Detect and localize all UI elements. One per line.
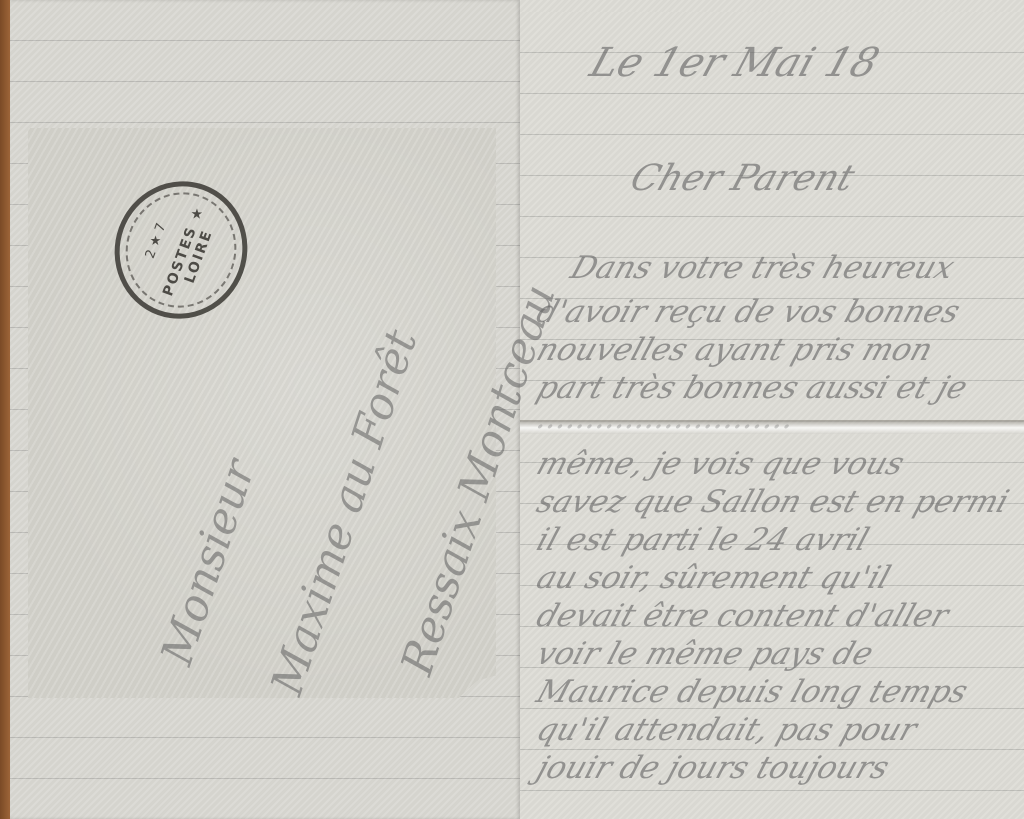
letter-body-line: qu'il attendait, pas pour — [532, 712, 921, 748]
letter-body-line: même, je vois que vous — [532, 446, 909, 482]
letter-date-line: Le 1er Mai 18 — [585, 40, 885, 86]
letter-body-line: d'avoir reçu de vos bonnes — [532, 294, 964, 330]
letter-body-line: Maurice depuis long temps — [532, 674, 972, 710]
letter-body-line: au soir, sûrement qu'il — [532, 560, 895, 596]
letter-salutation: Cher Parent — [625, 158, 859, 199]
letter-body-line: jouir de jours toujours — [532, 750, 893, 786]
letter-body-line: devait être content d'aller — [532, 598, 953, 634]
letter-body-line: nouvelles ayant pris mon — [532, 332, 937, 368]
letter-body-line: Dans votre très heureux — [566, 250, 959, 286]
letter-body-line: .......................... — [532, 400, 800, 436]
letter-body-line: voir le même pays de — [532, 636, 878, 672]
letter-body-line: il est parti le 24 avril — [532, 522, 873, 558]
letter-body-line: savez que Sallon est en permi — [532, 484, 1013, 520]
